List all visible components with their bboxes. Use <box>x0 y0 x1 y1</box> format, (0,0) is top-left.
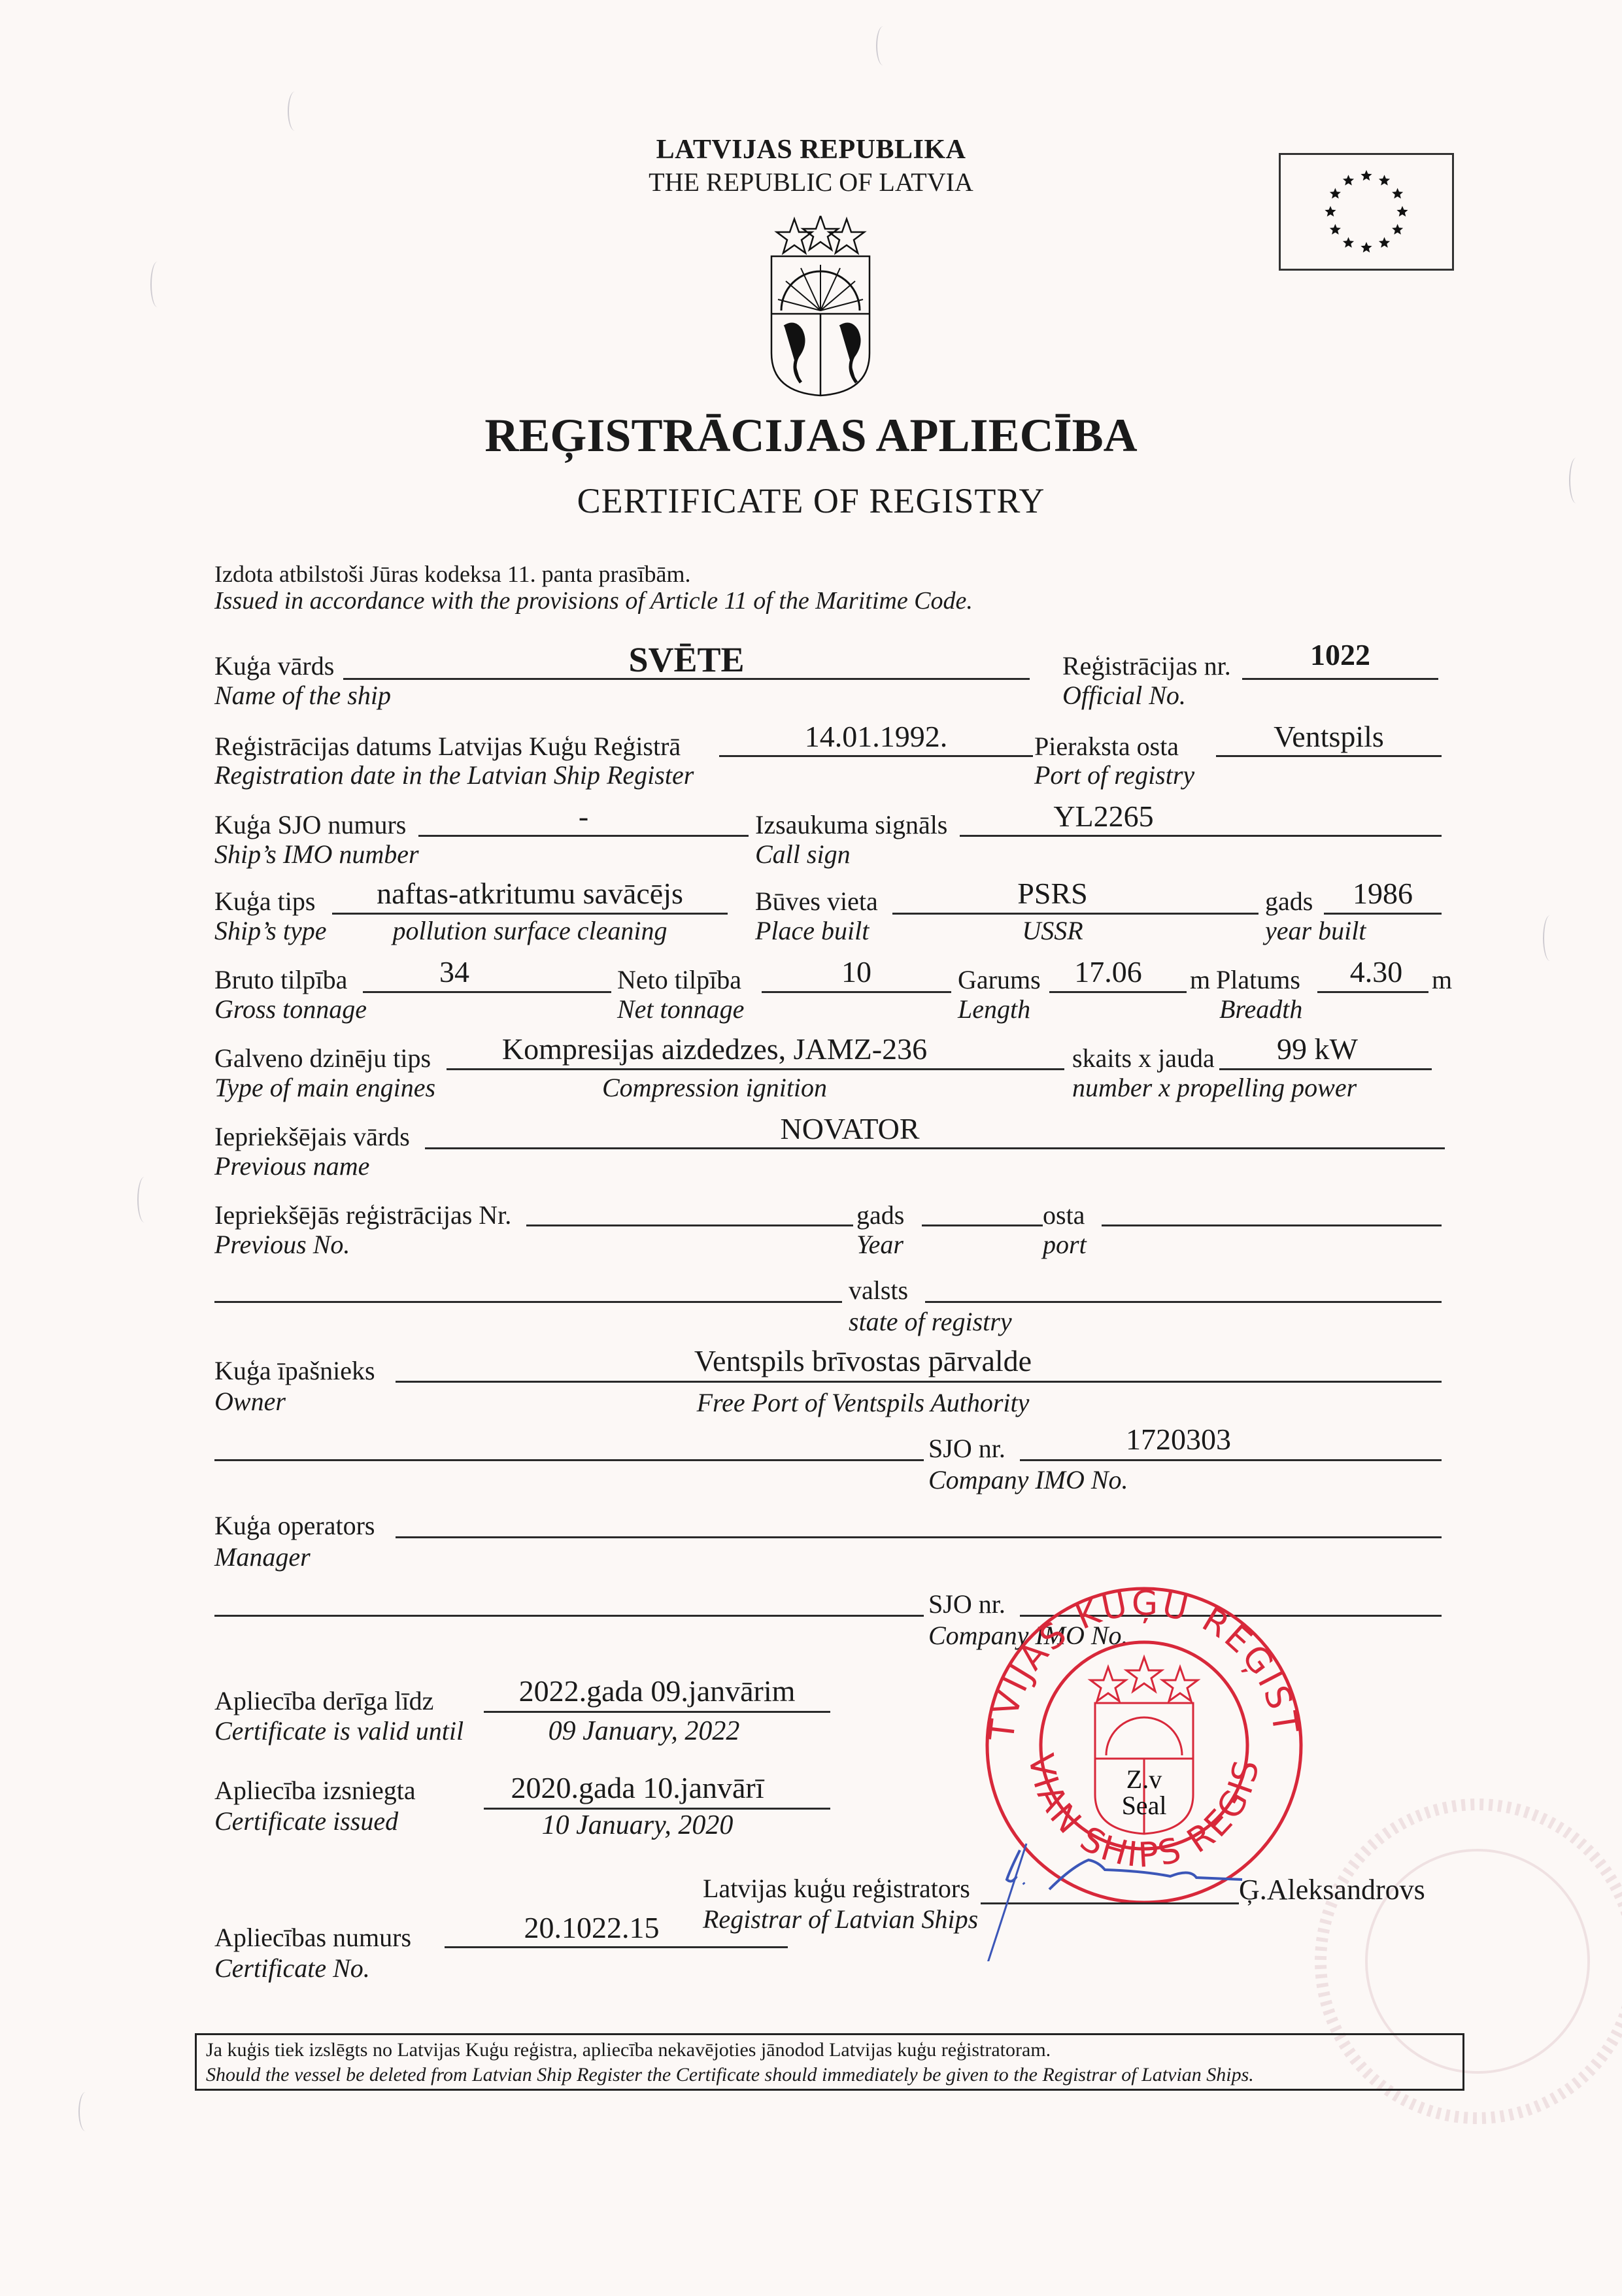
previous-name-label: Iepriekšējais vārds <box>214 1121 410 1152</box>
previous-name-line <box>425 1147 1445 1149</box>
port-of-registry-value: Ventspils <box>1216 719 1442 754</box>
manager-line <box>396 1536 1442 1538</box>
previous-port-label: osta <box>1043 1200 1085 1230</box>
issued-label-en: Certificate issued <box>214 1806 398 1836</box>
valid-until-value-en: 09 January, 2022 <box>484 1715 804 1747</box>
official-no-value: 1022 <box>1242 637 1438 672</box>
valid-until-line <box>484 1711 830 1713</box>
length-label-en: Length <box>958 994 1030 1024</box>
manager-label-en: Manager <box>214 1542 311 1572</box>
owner-value: Ventspils brīvostas pārvalde <box>396 1343 1330 1378</box>
place-built-label: Būves vieta <box>755 886 878 917</box>
power-value: 99 kW <box>1219 1032 1415 1066</box>
previous-name-value: NOVATOR <box>425 1111 1275 1146</box>
footer-notice-box: Ja kuģis tiek izslēgts no Latvijas Kuģu … <box>195 2033 1464 2091</box>
ship-type-label: Kuģa tips <box>214 886 315 917</box>
previous-name-label-en: Previous name <box>214 1151 369 1181</box>
gross-tonnage-line <box>363 991 611 993</box>
engine-type-value-en: Compression ignition <box>447 1072 983 1103</box>
ship-name-label: Kuģa vārds <box>214 650 334 681</box>
ship-type-line <box>332 913 728 915</box>
issued-value: 2020.gada 10.janvārī <box>484 1770 791 1805</box>
state-of-registry-label-en: state of registry <box>849 1306 1012 1337</box>
call-sign-label: Izsaukuma signāls <box>755 809 947 840</box>
length-value: 17.06 <box>1049 954 1167 989</box>
owner-label-en: Owner <box>214 1386 286 1417</box>
paper-fiber <box>876 26 890 65</box>
certificate-no-value: 20.1022.15 <box>445 1910 739 1945</box>
registrar-name: Ģ.Aleksandrovs <box>1239 1873 1425 1906</box>
registration-date-value: 14.01.1992. <box>719 719 1033 754</box>
document-title-en: CERTIFICATE OF REGISTRY <box>0 481 1622 521</box>
registration-date-line <box>719 755 1033 757</box>
gross-tonnage-label: Bruto tilpība <box>214 964 347 995</box>
gross-tonnage-label-en: Gross tonnage <box>214 994 367 1024</box>
power-label-en: number x propelling power <box>1072 1072 1357 1103</box>
length-line <box>1049 991 1187 993</box>
previous-port-label-en: port <box>1043 1229 1087 1260</box>
owner-label: Kuģa īpašnieks <box>214 1355 375 1386</box>
registration-date-label-en: Registration date in the Latvian Ship Re… <box>214 760 694 790</box>
svg-text:Seal: Seal <box>1122 1791 1167 1820</box>
valid-until-value: 2022.gada 09.janvārim <box>484 1674 830 1708</box>
official-no-line <box>1242 678 1438 680</box>
imo-number-label-en: Ship’s IMO number <box>214 839 419 869</box>
owner-extra-line <box>214 1459 924 1461</box>
engine-type-label-en: Type of main engines <box>214 1072 435 1103</box>
svg-text:Z.v: Z.v <box>1126 1764 1162 1794</box>
ship-type-value-en: pollution surface cleaning <box>332 915 728 946</box>
port-of-registry-line <box>1216 755 1442 757</box>
state-of-registry-label: valsts <box>849 1275 908 1306</box>
intro-en: Issued in accordance with the provisions… <box>214 586 973 615</box>
certificate-no-label: Apliecības numurs <box>214 1922 411 1953</box>
footer-notice-lv: Ja kuģis tiek izslēgts no Latvijas Kuģu … <box>206 2039 1051 2061</box>
imo-number-value: - <box>418 799 749 834</box>
owner-imo-label: SJO nr. <box>928 1433 1005 1464</box>
official-no-label-en: Official No. <box>1062 680 1186 711</box>
place-built-value-en: USSR <box>892 915 1213 946</box>
valid-until-label: Apliecība derīga līdz <box>214 1685 433 1716</box>
year-built-label-en: year built <box>1265 915 1366 946</box>
breadth-label-en: Breadth <box>1219 994 1302 1024</box>
gross-tonnage-value: 34 <box>363 954 546 989</box>
breadth-line <box>1317 991 1428 993</box>
previous-state-blank-line <box>214 1301 842 1303</box>
ship-name-label-en: Name of the ship <box>214 680 391 711</box>
intro-lv: Izdota atbilstoši Jūras kodeksa 11. pant… <box>214 560 691 588</box>
document-title-lv: REĢISTRĀCIJAS APLIECĪBA <box>0 409 1622 463</box>
latvia-coat-of-arms-icon <box>765 216 876 399</box>
call-sign-value: YL2265 <box>960 799 1247 834</box>
issued-label: Apliecība izsniegta <box>214 1775 416 1806</box>
length-unit: m <box>1190 964 1210 995</box>
paper-fiber <box>137 1177 152 1223</box>
paper-fiber <box>78 2092 93 2131</box>
net-tonnage-value: 10 <box>762 954 951 989</box>
registrar-label-en: Registrar of Latvian Ships <box>703 1904 978 1934</box>
manager-label: Kuģa operators <box>214 1510 375 1541</box>
place-built-value: PSRS <box>892 876 1213 911</box>
power-line <box>1219 1068 1432 1070</box>
state-of-registry-line <box>925 1301 1442 1303</box>
breadth-label: Platums <box>1216 964 1300 995</box>
registrar-signature-icon <box>974 1831 1249 1961</box>
owner-imo-line <box>1020 1459 1442 1461</box>
previous-year-label: gads <box>856 1200 904 1230</box>
certificate-no-line <box>445 1946 788 1948</box>
svg-text:LATVIJAS KUĢU REĢISTRS: LATVIJAS KUĢU REĢISTRS <box>968 1556 1306 1744</box>
previous-year-label-en: Year <box>856 1229 904 1260</box>
net-tonnage-label-en: Net tonnage <box>617 994 744 1024</box>
registration-date-label: Reģistrācijas datums Latvijas Kuģu Reģis… <box>214 731 681 762</box>
engine-type-line <box>447 1068 1064 1070</box>
year-built-value: 1986 <box>1324 876 1442 911</box>
paper-fiber <box>288 92 302 131</box>
ship-type-label-en: Ship’s type <box>214 915 326 946</box>
owner-imo-value: 1720303 <box>1020 1422 1337 1457</box>
call-sign-label-en: Call sign <box>755 839 851 869</box>
engine-type-value: Kompresijas aizdedzes, JAMZ-236 <box>447 1032 983 1066</box>
official-no-label: Reģistrācijas nr. <box>1062 650 1231 681</box>
net-tonnage-label: Neto tilpība <box>617 964 741 995</box>
length-label: Garums <box>958 964 1041 995</box>
year-built-line <box>1324 913 1442 915</box>
owner-line <box>396 1381 1442 1383</box>
breadth-value: 4.30 <box>1317 954 1435 989</box>
imo-number-label: Kuģa SJO numurs <box>214 809 406 840</box>
issued-value-en: 10 January, 2020 <box>484 1810 791 1841</box>
call-sign-line <box>960 835 1442 837</box>
breadth-unit: m <box>1432 964 1452 995</box>
port-of-registry-label-en: Port of registry <box>1034 760 1194 790</box>
previous-no-label: Iepriekšējās reģistrācijas Nr. <box>214 1200 511 1230</box>
paper-fiber <box>150 262 165 307</box>
power-label: skaits x jauda <box>1072 1043 1215 1073</box>
eu-flag-icon <box>1279 153 1454 271</box>
ship-name-value: SVĒTE <box>343 639 1030 680</box>
port-of-registry-label: Pieraksta osta <box>1034 731 1179 762</box>
registrar-label: Latvijas kuģu reģistrators <box>703 1873 970 1904</box>
previous-no-line <box>526 1224 853 1226</box>
imo-number-line <box>418 835 749 837</box>
owner-value-en: Free Port of Ventspils Authority <box>396 1387 1330 1418</box>
valid-until-label-en: Certificate is valid until <box>214 1715 464 1746</box>
ship-type-value: naftas-atkritumu savācējs <box>332 876 728 911</box>
engine-type-label: Galveno dzinēju tips <box>214 1043 431 1073</box>
place-built-line <box>892 913 1259 915</box>
manager-extra-line <box>214 1615 924 1617</box>
net-tonnage-line <box>762 991 951 993</box>
owner-imo-label-en: Company IMO No. <box>928 1464 1128 1495</box>
paper-fiber <box>1543 915 1557 961</box>
previous-port-line <box>1102 1224 1442 1226</box>
place-built-label-en: Place built <box>755 915 869 946</box>
previous-year-line <box>922 1224 1043 1226</box>
footer-notice-en: Should the vessel be deleted from Latvia… <box>206 2064 1254 2086</box>
certificate-no-label-en: Certificate No. <box>214 1953 370 1984</box>
year-built-label: gads <box>1265 886 1313 917</box>
previous-no-label-en: Previous No. <box>214 1229 350 1260</box>
